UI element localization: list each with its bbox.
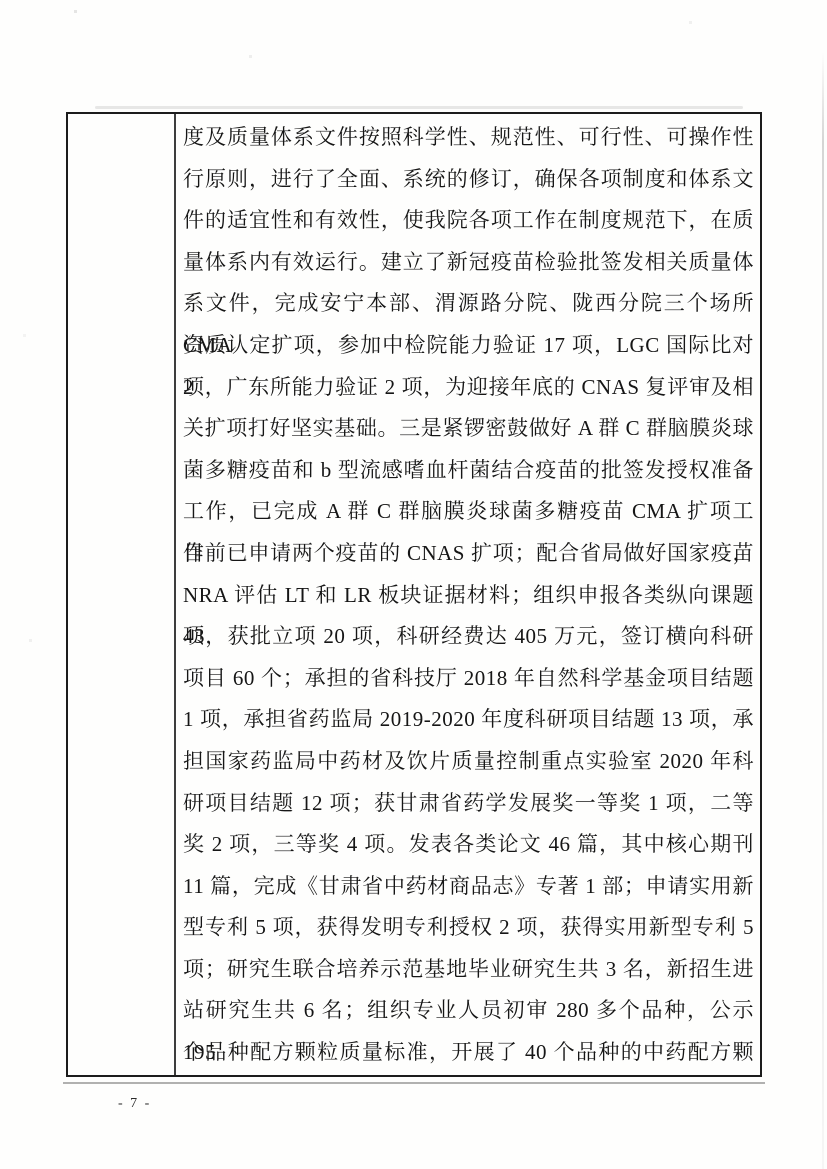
scan-edge-shadow xyxy=(822,52,824,1169)
text-line: 型专利 5 项，获得发明专利授权 2 项，获得实用新型专利 5 xyxy=(183,907,754,949)
text-line: 研项目结题 12 项；获甘肃省药学发展奖一等奖 1 项，二等 xyxy=(183,783,754,825)
text-line: 奖 2 项，三等奖 4 项。发表各类论文 46 篇，其中核心期刊 xyxy=(183,824,754,866)
text-line: 件的适宜性和有效性，使我院各项工作在制度规范下，在质 xyxy=(183,200,754,242)
text-line: 度及质量体系文件按照科学性、规范性、可行性、可操作性 xyxy=(183,117,754,159)
text-line: 个品种配方颗粒质量标准，开展了 40 个品种的中药配方颗 xyxy=(183,1032,754,1074)
text-line: 资质认定扩项，参加中检院能力验证 17 项，LGC 国际比对 2 xyxy=(183,325,754,367)
document-page: 度及质量体系文件按照科学性、规范性、可行性、可操作性行原则，进行了全面、系统的修… xyxy=(0,0,827,1169)
text-line: NRA 评估 LT 和 LR 板块证据材料；组织申报各类纵向课题 43 xyxy=(183,575,754,617)
text-line: 目前已申请两个疫苗的 CNAS 扩项；配合省局做好国家疫苗 xyxy=(183,533,754,575)
text-line: 项，广东所能力验证 2 项，为迎接年底的 CNAS 复评审及相 xyxy=(183,367,754,409)
text-line: 项；研究生联合培养示范基地毕业研究生共 3 名，新招生进 xyxy=(183,949,754,991)
text-line: 1 项，承担省药监局 2019-2020 年度科研项目结题 13 项，承 xyxy=(183,699,754,741)
text-line: 工作，已完成 A 群 C 群脑膜炎球菌多糖疫苗 CMA 扩项工作， xyxy=(183,491,754,533)
table-bottom-echo-line xyxy=(63,1082,765,1084)
text-line: 11 篇，完成《甘肃省中药材商品志》专著 1 部；申请实用新 xyxy=(183,866,754,908)
text-line: 担国家药监局中药材及饮片质量控制重点实验室 2020 年科 xyxy=(183,741,754,783)
text-line: 项，获批立项 20 项，科研经费达 405 万元，签订横向科研 xyxy=(183,616,754,658)
text-line: 量体系内有效运行。建立了新冠疫苗检验批签发相关质量体 xyxy=(183,242,754,284)
table-left-cell xyxy=(68,114,176,1075)
text-line: 站研究生共 6 名；组织专业人员初审 280 多个品种，公示 195 xyxy=(183,990,754,1032)
text-line: 关扩项打好坚实基础。三是紧锣密鼓做好 A 群 C 群脑膜炎球 xyxy=(183,408,754,450)
table-body-cell: 度及质量体系文件按照科学性、规范性、可行性、可操作性行原则，进行了全面、系统的修… xyxy=(176,114,760,1075)
text-line: 系文件，完成安宁本部、渭源路分院、陇西分院三个场所 CMA xyxy=(183,283,754,325)
scan-smear-artifact xyxy=(95,106,743,109)
scan-noise-speckles xyxy=(0,0,1,1)
text-line: 行原则，进行了全面、系统的修订，确保各项制度和体系文 xyxy=(183,159,754,201)
report-table: 度及质量体系文件按照科学性、规范性、可行性、可操作性行原则，进行了全面、系统的修… xyxy=(66,112,762,1077)
text-line: 项目 60 个；承担的省科技厅 2018 年自然科学基金项目结题 xyxy=(183,658,754,700)
text-line: 菌多糖疫苗和 b 型流感嗜血杆菌结合疫苗的批签发授权准备 xyxy=(183,450,754,492)
page-number: - 7 - xyxy=(118,1096,151,1112)
